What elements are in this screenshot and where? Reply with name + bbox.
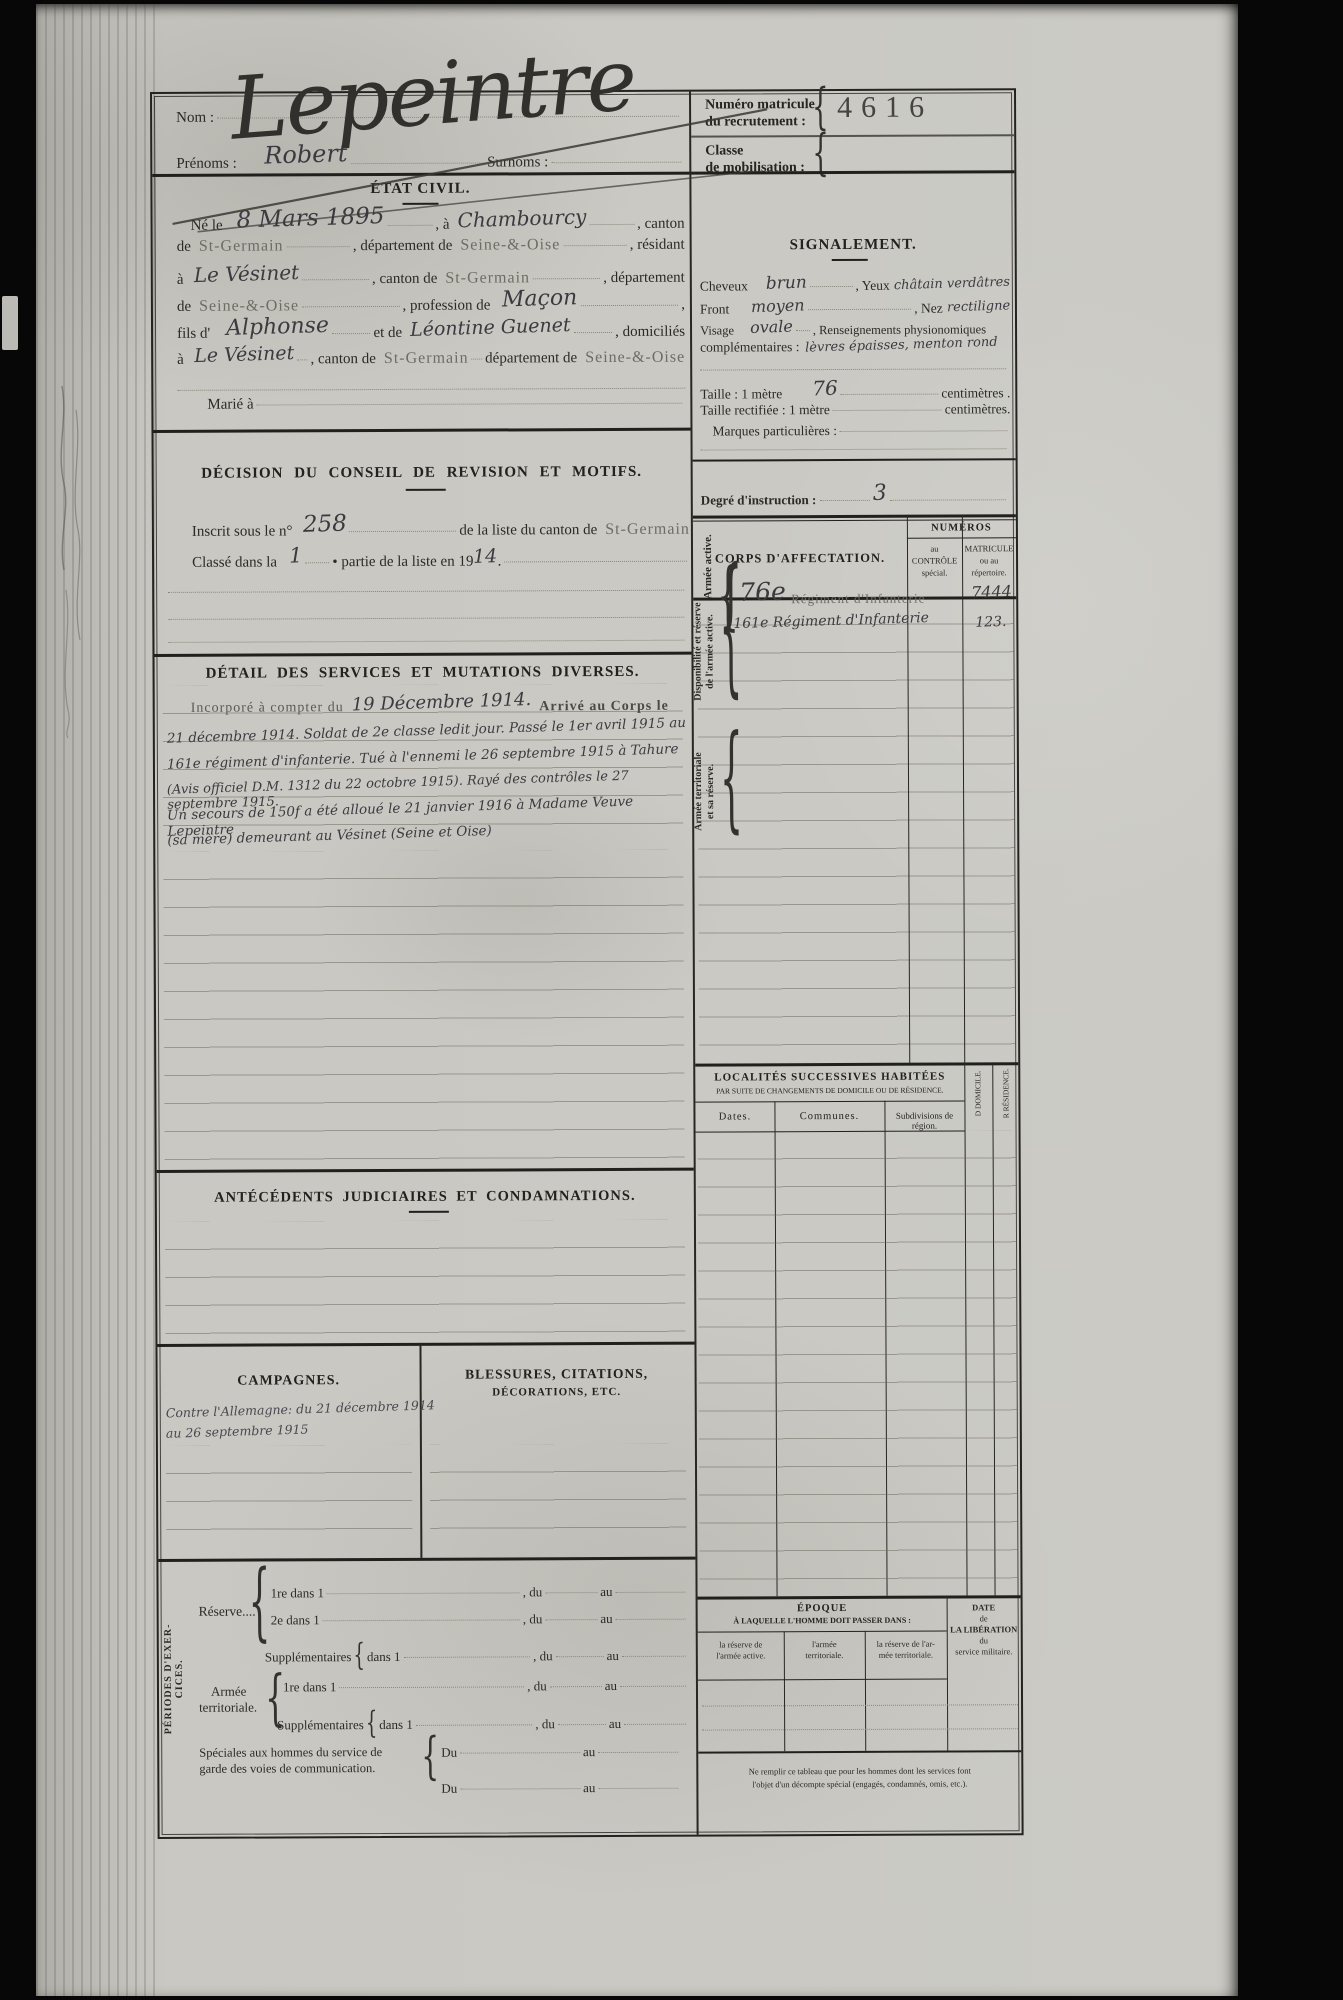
col2-line1: l'armée bbox=[784, 1639, 865, 1650]
row-label: 2e dans 1 bbox=[271, 1612, 320, 1628]
matricule-line2: ou au bbox=[962, 554, 1016, 566]
territoriale-row-1: 1re dans 1 , du au bbox=[283, 1678, 689, 1696]
au-label: au bbox=[600, 1584, 612, 1600]
date-line3: LA LIBÉRATION bbox=[947, 1624, 1021, 1635]
residant-label: , résidant bbox=[630, 237, 685, 254]
profession-label: , profession de bbox=[402, 298, 490, 315]
fill-line bbox=[257, 403, 683, 406]
dept-label: , département de bbox=[353, 238, 453, 255]
blessures-title-2: DÉCORATIONS, ETC. bbox=[420, 1386, 694, 1399]
fill-line bbox=[616, 1619, 686, 1620]
visage-value: ovale bbox=[750, 317, 793, 337]
date-line5: service militaire. bbox=[947, 1646, 1021, 1657]
row-label: 1re dans 1 bbox=[283, 1679, 337, 1695]
marie-label: Marié à bbox=[207, 397, 253, 414]
section-rule bbox=[693, 458, 1016, 461]
classe-year: 14 bbox=[473, 545, 498, 568]
col1-line1: la réserve de bbox=[698, 1639, 784, 1650]
periodes-vertical-label: PÉRIODES D'EXER- CICES. bbox=[163, 1609, 190, 1749]
complementaires-label: complémentaires : bbox=[700, 339, 799, 355]
fill-line bbox=[302, 279, 369, 280]
period: . bbox=[498, 553, 502, 570]
fill-line bbox=[472, 359, 483, 360]
territoriale-reserve-brace: { bbox=[720, 724, 743, 839]
note-line1: Ne remplir ce tableau que pour les homme… bbox=[703, 1764, 1016, 1778]
ruled-lines bbox=[163, 850, 684, 1168]
a-label: à bbox=[177, 272, 184, 289]
matricule-line3: répertoire. bbox=[962, 566, 1016, 578]
parents-row: fils d' Alphonse et de Léontine Guenet ,… bbox=[177, 317, 685, 344]
small-brace: { bbox=[353, 1638, 365, 1674]
et-de-label: et de bbox=[373, 325, 402, 342]
etat-civil-title: ÉTAT CIVIL. bbox=[152, 180, 688, 199]
epoque-col3-header: la réserve de l'ar- mée territoriale. bbox=[865, 1639, 947, 1661]
fils-label: fils d' bbox=[177, 326, 210, 343]
voies-row-2: Du au bbox=[441, 1780, 681, 1797]
reserve-row-2: 2e dans 1 , du au bbox=[271, 1611, 689, 1629]
speciales-label-1: Spéciales aux hommes du service de bbox=[199, 1745, 382, 1761]
dept-suffix: , département bbox=[603, 270, 685, 287]
inscrit-row: Inscrit sous le n° 258 de la liste du ca… bbox=[178, 514, 690, 542]
fill-line bbox=[556, 1656, 604, 1657]
ruled-lines bbox=[430, 1444, 686, 1555]
fill-line bbox=[889, 499, 1005, 501]
au-label: au bbox=[583, 1780, 595, 1796]
visage-label: Visage bbox=[700, 323, 734, 338]
du-label: , du bbox=[523, 1584, 543, 1600]
a-label: à bbox=[177, 352, 184, 369]
dans-label: dans 1 bbox=[367, 1649, 401, 1665]
fill-line bbox=[545, 1592, 597, 1593]
section-rule bbox=[153, 428, 690, 433]
degre-value: 3 bbox=[872, 481, 887, 506]
classe-liste-row: Classé dans la 1 • partie de la liste en… bbox=[178, 546, 690, 572]
campagnes-entry-1: Contre l'Allemagne: du 21 décembre 1914 bbox=[166, 1397, 435, 1420]
du-label: , du bbox=[527, 1678, 547, 1694]
localites-header-rule bbox=[695, 1100, 964, 1102]
signalement-title: SIGNALEMENT. bbox=[692, 236, 1015, 254]
printed-text: Arrivé au Corps le bbox=[539, 699, 669, 716]
empty-line bbox=[168, 617, 684, 620]
note-top-rule bbox=[698, 1750, 1021, 1753]
degre-label: Degré d'instruction : bbox=[701, 492, 817, 509]
dept-label: département de bbox=[485, 350, 577, 367]
fill-line bbox=[841, 394, 939, 395]
nez-label: , Nez bbox=[914, 301, 943, 317]
communes-column-header: Communes. bbox=[774, 1111, 884, 1122]
taille-unit: centimètres . bbox=[941, 385, 1010, 401]
title-underline bbox=[406, 489, 446, 491]
fill-line bbox=[351, 163, 484, 165]
fill-line bbox=[589, 224, 634, 225]
cheveux-value: brun bbox=[766, 273, 807, 294]
inscrit-number: 258 bbox=[302, 511, 347, 538]
reserve-row-1: 1re dans 1 , du au bbox=[271, 1584, 689, 1602]
services-line-1: Incorporé à compter du 19 Décembre 1914.… bbox=[171, 694, 683, 717]
inscrit-label: Inscrit sous le n° bbox=[192, 523, 293, 540]
fill-line bbox=[624, 1724, 686, 1725]
controle-column-header: au CONTRÔLE spécial. bbox=[907, 542, 962, 578]
epoque-subheader-rule bbox=[698, 1679, 947, 1681]
degre-row: Degré d'instruction : 3 bbox=[701, 484, 1009, 510]
controle-line2: CONTRÔLE bbox=[907, 554, 962, 566]
empty-line bbox=[168, 640, 684, 643]
fill-line bbox=[581, 305, 678, 306]
territoriale-label-2: territoriale. bbox=[199, 1700, 257, 1716]
section-rule bbox=[158, 1557, 695, 1562]
antecedents-title: ANTÉCÉDENTS JUDICIAIRES ET CONDAMNATIONS… bbox=[157, 1188, 693, 1207]
prenoms-label: Prénoms : bbox=[176, 156, 236, 173]
du-label: Du bbox=[441, 1745, 457, 1761]
row-label: 1re dans 1 bbox=[271, 1585, 325, 1601]
section-rule bbox=[157, 1342, 694, 1347]
fill-line bbox=[598, 1752, 678, 1753]
residence-vertical-label: R RÉSIDENCE. bbox=[1001, 1053, 1011, 1133]
dept-stamp: Seine-&-Oise bbox=[460, 236, 560, 254]
fill-line bbox=[287, 246, 350, 247]
domicilies-label: , domiciliés bbox=[615, 324, 685, 341]
section-rule bbox=[157, 1168, 694, 1173]
reserve-brace: { bbox=[248, 1560, 270, 1645]
canton-stamp: St-Germain bbox=[199, 237, 284, 255]
canton-stamp: St-Germain bbox=[384, 350, 469, 368]
fill-line bbox=[349, 531, 456, 532]
corps-entry1-matricule: 7444 bbox=[971, 582, 1012, 602]
domicile-row: à Le Vésinet , canton de St-Germain dépa… bbox=[177, 345, 685, 369]
taille-rectifiee-row: Taille rectifiée : 1 mètre centimètres. bbox=[700, 401, 1010, 418]
page-stack-edge bbox=[36, 4, 156, 1996]
subdivisions-column-header: Subdivisions de région. bbox=[884, 1110, 964, 1130]
marques-label: Marques particulières : bbox=[712, 423, 837, 440]
taille-row: Taille : 1 mètre 76 centimètres . bbox=[700, 378, 1010, 403]
margin-scribble bbox=[52, 380, 96, 740]
disponibilite-brace: { bbox=[719, 554, 743, 705]
disponibilite-line2: de l'armée active. bbox=[704, 577, 717, 727]
fill-line bbox=[796, 330, 810, 331]
au-label: au bbox=[605, 1678, 617, 1694]
father-name: Alphonse bbox=[226, 313, 330, 341]
date-line1: DATE bbox=[947, 1602, 1021, 1613]
fill-line bbox=[810, 286, 853, 287]
classe-label: Classé dans la bbox=[192, 554, 277, 571]
territoriale-line2: et sa réserve. bbox=[705, 717, 718, 867]
territoriale-reserve-label: Armée territoriale et sa réserve. bbox=[693, 717, 722, 867]
services-title: DÉTAIL DES SERVICES ET MUTATIONS DIVERSE… bbox=[155, 664, 691, 683]
front-label: Front bbox=[700, 301, 729, 317]
localites-subtitle: PAR SUITE DE CHANGEMENTS DE DOMICILE OU … bbox=[695, 1085, 964, 1095]
title-underline bbox=[402, 203, 438, 205]
taille-rect-label: Taille rectifiée : 1 mètre bbox=[700, 402, 830, 419]
du-label: , du bbox=[535, 1716, 555, 1732]
scanned-military-record: Lepeintre Nom : Prénoms : Robert Surnoms… bbox=[0, 0, 1343, 2000]
speciales-brace: { bbox=[421, 1732, 439, 1782]
epoque-header-rule bbox=[698, 1631, 947, 1633]
fill-line bbox=[840, 430, 1008, 432]
localites-title: LOCALITÉS SUCCESSIVES HABITÉES bbox=[695, 1070, 964, 1083]
edge-sticker bbox=[2, 296, 18, 350]
du-label: Du bbox=[441, 1781, 457, 1797]
epoque-note: Ne remplir ce tableau que pour les homme… bbox=[703, 1764, 1016, 1791]
empty-line bbox=[701, 448, 1007, 450]
fill-line bbox=[550, 1686, 602, 1687]
de-label: de bbox=[177, 299, 191, 316]
domicile-vertical-label: D DOMICILE. bbox=[973, 1053, 983, 1133]
fill-line bbox=[305, 562, 329, 563]
fill-line bbox=[332, 333, 370, 334]
epoque-top-rule bbox=[698, 1595, 1021, 1599]
canton-row: de St-Germain , département de Seine-&-O… bbox=[177, 236, 685, 256]
taille-rect-unit: centimètres. bbox=[945, 401, 1011, 417]
profession-row: de Seine-&-Oise , profession de Maçon , bbox=[177, 290, 685, 317]
disponibilite-line1: Disponibilité et réserve bbox=[692, 577, 705, 727]
controle-line1: au bbox=[907, 542, 962, 554]
comma: , bbox=[681, 297, 685, 314]
complementaires-row: complémentaires : lèvres épaisses, mento… bbox=[700, 338, 1010, 355]
fill-line bbox=[533, 278, 600, 279]
fill-line bbox=[339, 1686, 524, 1688]
fill-line bbox=[551, 162, 681, 164]
front-row: Front moyen , Nez rectiligne bbox=[700, 297, 1010, 317]
localites-top-rule bbox=[695, 1062, 1018, 1066]
classe-number: 1 bbox=[289, 543, 303, 567]
front-value: moyen bbox=[751, 295, 805, 316]
fill-line bbox=[558, 1724, 606, 1725]
fill-line bbox=[460, 1752, 580, 1754]
cheveux-label: Cheveux bbox=[700, 278, 748, 294]
inscrit-mid: de la liste du canton de bbox=[459, 522, 597, 540]
nez-value: rectiligne bbox=[946, 298, 1010, 315]
corps-entry1-number: 76e bbox=[739, 577, 786, 607]
dept-stamp: Seine-&-Oise bbox=[199, 297, 299, 315]
right-column: SIGNALEMENT. Cheveux brun , Yeux châtain… bbox=[691, 90, 1022, 1834]
ruled-lines bbox=[697, 596, 1015, 1063]
double-rule-b bbox=[693, 519, 1016, 521]
cheveux-row: Cheveux brun , Yeux châtain verdâtres bbox=[700, 274, 1010, 295]
campagnes-title: CAMPAGNES. bbox=[158, 1373, 420, 1390]
matricule-column-header: MATRICULE ou au répertoire. bbox=[962, 542, 1016, 578]
registration-form: Lepeintre Nom : Prénoms : Robert Surnoms… bbox=[150, 88, 1024, 1839]
fill-line bbox=[323, 1619, 520, 1621]
fill-line bbox=[460, 1788, 580, 1790]
col3-line1: la réserve de l'ar- bbox=[865, 1639, 947, 1650]
nom-label: Nom : bbox=[176, 110, 214, 127]
fill-line bbox=[545, 1619, 597, 1620]
small-brace: { bbox=[366, 1706, 378, 1742]
marques-row: Marques particulières : bbox=[700, 422, 1010, 439]
fill-line bbox=[404, 1656, 531, 1658]
residence-value: Le Vésinet bbox=[193, 260, 299, 287]
a-label: , à bbox=[435, 217, 449, 234]
epoque-subtitle: À LAQUELLE L'HOMME DOIT PASSER DANS : bbox=[698, 1616, 947, 1626]
col3-line2: mée territoriale. bbox=[865, 1650, 947, 1661]
supplementaires-label: Supplémentaires bbox=[277, 1717, 364, 1733]
empty-line bbox=[700, 368, 1006, 370]
du-label: , du bbox=[523, 1611, 543, 1627]
empty-line bbox=[168, 590, 684, 593]
au-label: au bbox=[583, 1744, 595, 1760]
fill-line bbox=[563, 245, 626, 246]
yeux-value: châtain verdâtres bbox=[893, 275, 1010, 294]
canton-label: , canton de bbox=[310, 351, 375, 368]
speciales-label-2: garde des voies de communication. bbox=[199, 1761, 375, 1777]
fill-line bbox=[808, 309, 911, 310]
periodes-label-line2: CICES. bbox=[174, 1609, 186, 1749]
fill-line bbox=[327, 1592, 520, 1594]
territoriale-line1: Armée territoriale bbox=[693, 717, 706, 867]
col2-line2: territoriale. bbox=[784, 1650, 865, 1661]
handwritten-text: 19 Décembre 1914. bbox=[351, 689, 531, 715]
du-label: , du bbox=[533, 1648, 553, 1664]
marie-row: Marié à bbox=[177, 395, 685, 414]
decision-title: DÉCISION DU CONSEIL DE REVISION ET MOTIF… bbox=[154, 464, 690, 483]
printed-text: Incorporé à compter du bbox=[191, 700, 344, 717]
profession-value: Maçon bbox=[502, 285, 578, 312]
col1-line2: l'armée active. bbox=[698, 1650, 784, 1661]
title-underline bbox=[832, 259, 868, 261]
fill-line bbox=[833, 410, 942, 411]
taille-value: 76 bbox=[812, 376, 838, 401]
title-underline bbox=[409, 1211, 449, 1213]
corps-entry1-name: Régiment d'Infanterie bbox=[791, 591, 925, 608]
territoriale-label-1: Armée bbox=[211, 1684, 246, 1700]
de-label: de bbox=[177, 239, 191, 256]
fill-line bbox=[302, 306, 399, 307]
empty-line bbox=[702, 1728, 1018, 1730]
au-label: au bbox=[609, 1716, 621, 1732]
date-liberation-header: DATE de LA LIBÉRATION du service militai… bbox=[947, 1602, 1021, 1657]
matricule-line1: MATRICULE bbox=[962, 542, 1016, 554]
empty-line bbox=[177, 388, 685, 391]
note-line2: l'objet d'un décompte spécial (engagés, … bbox=[703, 1777, 1016, 1791]
epoque-col1-header: la réserve de l'armée active. bbox=[698, 1639, 784, 1661]
blessures-title-1: BLESSURES, CITATIONS, bbox=[420, 1366, 694, 1383]
fill-line bbox=[388, 225, 433, 226]
corps-entry2-matricule: 123. bbox=[975, 614, 1007, 631]
canton-suffix: , canton bbox=[637, 216, 685, 233]
ruled-lines bbox=[166, 1445, 412, 1556]
au-label: au bbox=[607, 1648, 619, 1664]
section-rule bbox=[154, 652, 691, 657]
classe-mid: • partie de la liste en 19 bbox=[332, 554, 473, 572]
empty-line bbox=[702, 1704, 1018, 1706]
ruled-lines bbox=[698, 1130, 1019, 1596]
fill-line bbox=[574, 332, 612, 333]
territoriale-supplementaires-row: Supplémentaires { dans 1 , du au bbox=[277, 1712, 689, 1735]
fill-line bbox=[622, 1656, 686, 1657]
reserve-supplementaires-row: Supplémentaires { dans 1 , du au bbox=[265, 1644, 689, 1667]
epoque-title: ÉPOQUE bbox=[698, 1603, 947, 1615]
date-line2: de bbox=[947, 1613, 1021, 1624]
disponibilite-label: Disponibilité et réserve de l'armée acti… bbox=[692, 577, 721, 727]
fill-line bbox=[616, 1592, 686, 1593]
periodes-label-line1: PÉRIODES D'EXER- bbox=[163, 1609, 175, 1749]
yeux-label: , Yeux bbox=[856, 278, 890, 294]
au-label: au bbox=[600, 1611, 612, 1627]
campagnes-entry-2: au 26 septembre 1915 bbox=[166, 1421, 309, 1440]
birth-date: 8 Mars 1895 bbox=[236, 203, 385, 234]
fill-line bbox=[598, 1788, 678, 1789]
mother-name: Léontine Guenet bbox=[410, 314, 571, 341]
ruled-lines bbox=[165, 1220, 686, 1340]
residence-row: à Le Vésinet , canton de St-Germain , dé… bbox=[177, 263, 685, 289]
canton-stamp: St-Germain bbox=[445, 269, 530, 287]
dept-stamp: Seine-&-Oise bbox=[585, 349, 685, 367]
inscrit-canton-stamp: St-Germain bbox=[605, 521, 690, 539]
fill-line bbox=[297, 359, 308, 360]
fill-line bbox=[819, 500, 869, 501]
dans-label: dans 1 bbox=[379, 1717, 413, 1733]
dates-column-header: Dates. bbox=[695, 1111, 774, 1122]
double-rule-a bbox=[693, 514, 1016, 518]
domicile-value: Le Vésinet bbox=[194, 342, 295, 367]
fill-line bbox=[504, 561, 687, 563]
birth-row: Né le 8 Mars 1895 , à Chambourcy , canto… bbox=[177, 208, 685, 236]
controle-line3: spécial. bbox=[907, 566, 962, 578]
reserve-label: Réserve.... bbox=[199, 1604, 256, 1620]
canton-label: , canton de bbox=[372, 271, 437, 288]
birth-place: Chambourcy bbox=[457, 204, 587, 232]
taille-label: Taille : 1 mètre bbox=[700, 386, 782, 402]
voies-row-1: Du au bbox=[441, 1744, 681, 1761]
fill-line bbox=[620, 1686, 686, 1687]
ne-le-label: Né le bbox=[191, 218, 223, 235]
surnoms-label: Surnoms : bbox=[487, 154, 548, 171]
epoque-col2-header: l'armée territoriale. bbox=[784, 1639, 865, 1661]
date-line4: du bbox=[947, 1635, 1021, 1646]
